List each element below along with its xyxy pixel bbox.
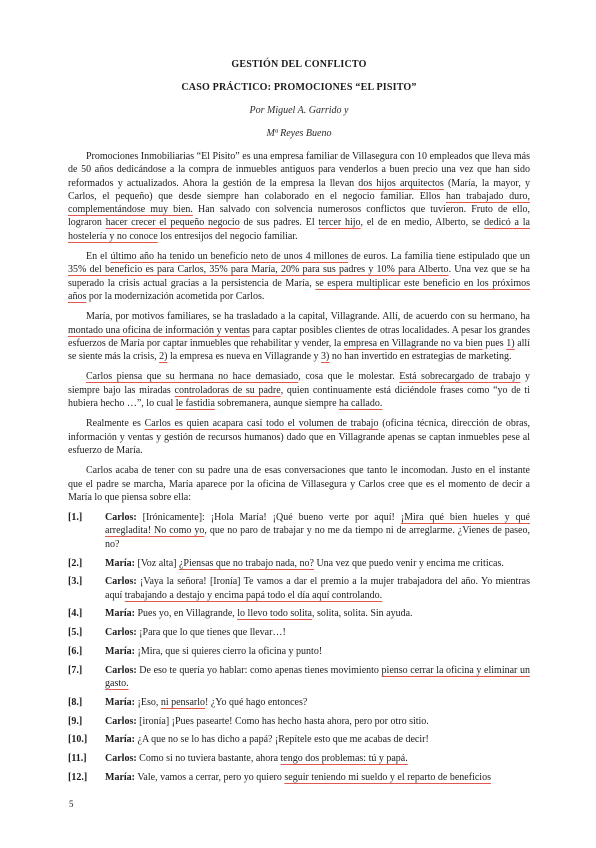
red-underlined-phrase: 35% del beneficio es para Carlos, 35% pa…: [68, 264, 449, 275]
text-run: pues: [483, 338, 507, 349]
document-title: GESTIÓN DEL CONFLICTO: [68, 58, 530, 71]
red-underlined-phrase: último año ha tenido un beneficio neto d…: [110, 251, 348, 262]
red-underlined-phrase: dos hijos arquitectos: [358, 178, 444, 189]
paragraph: Realmente es Carlos es quien acapara cas…: [68, 417, 530, 457]
red-underlined-phrase: ha callado.: [339, 398, 382, 409]
text-run: Realmente es: [86, 418, 145, 429]
red-underlined-phrase: ni pensarlo: [161, 697, 205, 708]
dialogue-speaker: María:: [105, 646, 135, 657]
red-underlined-phrase: tengo dos problemas: tú y papá.: [281, 753, 408, 764]
dialogue-number: [6.]: [68, 645, 82, 658]
byline-author-2: Mª Reyes Bueno: [68, 127, 530, 140]
red-underlined-phrase: lo llevo todo solita: [237, 608, 312, 619]
red-underlined-phrase: ¿Piensas que no trabajo nada, no?: [179, 558, 314, 569]
dialogue-number: [5.]: [68, 626, 82, 639]
dialogue-speaker: María:: [105, 558, 135, 569]
dialogue-item: [2.]María: [Voz alta] ¿Piensas que no tr…: [68, 557, 530, 570]
text-run: María, por motivos familiares, se ha tra…: [86, 311, 530, 322]
dialogue-item: [7.]Carlos: De eso te quería yo hablar: …: [68, 664, 530, 691]
dialogue-number: [10.]: [68, 733, 87, 746]
text-run: ! ¿Yo qué hago entonces?: [205, 697, 307, 708]
dialogue-number: [3.]: [68, 575, 82, 588]
byline-author-1: Por Miguel A. Garrido y: [68, 104, 530, 117]
dialogue-speaker: María:: [105, 697, 135, 708]
text-run: [Voz alta]: [135, 558, 179, 569]
paragraph-container: Promociones Inmobiliarias “El Pisito” es…: [68, 150, 530, 504]
text-run: sobremanera, aunque siempre: [215, 398, 339, 409]
dialogue-item: [9.]Carlos: [ironía] ¡Pues pasearte! Com…: [68, 715, 530, 728]
red-underlined-phrase: le fastidia: [176, 398, 215, 409]
paragraph: María, por motivos familiares, se ha tra…: [68, 310, 530, 363]
dialogue-speaker: Carlos:: [105, 512, 137, 523]
dialogue-number: [9.]: [68, 715, 82, 728]
red-underlined-phrase: hacer crecer el pequeño negocio: [106, 217, 240, 228]
red-underlined-phrase: seguir teniendo mi sueldo y el reparto d…: [284, 772, 491, 783]
text-run: Pues yo, en Villagrande,: [135, 608, 237, 619]
dialogue-item: [5.]Carlos: ¡Para que lo que tienes que …: [68, 626, 530, 639]
dialogue-item: [1.]Carlos: [Irónicamente]: ¡Hola María!…: [68, 511, 530, 551]
text-run: de euros. La familia tiene estipulado qu…: [348, 251, 530, 262]
text-run: por la modernización acometida por Carlo…: [86, 291, 264, 302]
paragraph: Carlos piensa que su hermana no hace dem…: [68, 370, 530, 410]
red-underlined-phrase: controladoras de su padre: [175, 385, 281, 396]
dialogue-item: [10.]María: ¿A que no se lo has dicho a …: [68, 733, 530, 746]
dialogue-speaker: Carlos:: [105, 753, 137, 764]
text-run: la empresa es nueva en Villagrande y: [167, 351, 321, 362]
dialogue-number: [7.]: [68, 664, 82, 677]
text-run: de sus padres. El: [240, 217, 319, 228]
dialogue-item: [11.]Carlos: Como si no tuviera bastante…: [68, 752, 530, 765]
text-run: ¡Mira, que si quieres cierro la oficina …: [135, 646, 322, 657]
text-run: , cosa que le molestar.: [298, 371, 399, 382]
dialogue-speaker: María:: [105, 772, 135, 783]
dialogue-number: [12.]: [68, 771, 87, 784]
text-run: [ironía] ¡Pues pasearte! Como has hecho …: [137, 716, 429, 727]
paragraph: Promociones Inmobiliarias “El Pisito” es…: [68, 150, 530, 243]
red-underlined-phrase: 1): [506, 338, 514, 349]
text-run: los entresijos del negocio familiar.: [158, 231, 298, 242]
dialogue-item: [4.]María: Pues yo, en Villagrande, lo l…: [68, 607, 530, 620]
red-underlined-phrase: empresa en Villagrande no va bien: [344, 338, 483, 349]
paragraph: Carlos acaba de tener con su padre una d…: [68, 464, 530, 504]
text-run: Carlos acaba de tener con su padre una d…: [68, 465, 530, 503]
text-run: Una vez que puedo venir y encima me crit…: [314, 558, 504, 569]
text-run: En el: [86, 251, 110, 262]
document-content: GESTIÓN DEL CONFLICTO CASO PRÁCTICO: PRO…: [0, 0, 596, 784]
red-underlined-phrase: Está sobrecargado de trabajo: [399, 371, 520, 382]
red-underlined-phrase: tercer hijo: [318, 217, 360, 228]
dialogue-item: [3.]Carlos: ¡Vaya la señora! [Ironía] Te…: [68, 575, 530, 602]
dialogue-speaker: María:: [105, 734, 135, 745]
text-run: [Irónicamente]: ¡Hola María! ¡Qué bueno …: [137, 512, 401, 523]
document-subtitle: CASO PRÁCTICO: PROMOCIONES “EL PISITO”: [68, 81, 530, 94]
red-underlined-phrase: trabajando a destajo y encima papá todo …: [125, 590, 382, 601]
text-run: ¡Para que lo que tienes que llevar…!: [137, 627, 286, 638]
dialogue-speaker: Carlos:: [105, 716, 137, 727]
dialogue-number: [4.]: [68, 607, 82, 620]
text-run: ¡Eso,: [135, 697, 161, 708]
dialogue-number: [2.]: [68, 557, 82, 570]
text-run: , el de en medio, Alberto, se: [361, 217, 485, 228]
dialogue-item: [12.]María: Vale, vamos a cerrar, pero y…: [68, 771, 530, 784]
text-run: De eso te quería yo hablar: como apenas …: [137, 665, 382, 676]
paragraph: En el último año ha tenido un beneficio …: [68, 250, 530, 303]
dialogue-speaker: Carlos:: [105, 665, 137, 676]
dialogue-speaker: María:: [105, 608, 135, 619]
text-run: Como si no tuviera bastante, ahora: [137, 753, 281, 764]
text-run: , solita, solita. Sin ayuda.: [312, 608, 413, 619]
text-run: Vale, vamos a cerrar, pero yo quiero: [135, 772, 284, 783]
dialogue-list: [1.]Carlos: [Irónicamente]: ¡Hola María!…: [68, 511, 530, 784]
red-underlined-phrase: Carlos piensa que su hermana no hace dem…: [86, 371, 298, 382]
dialogue-number: [1.]: [68, 511, 82, 524]
dialogue-item: [6.]María: ¡Mira, que si quieres cierro …: [68, 645, 530, 658]
red-underlined-phrase: montado una oficina de información y ven…: [68, 325, 250, 336]
document-page: GESTIÓN DEL CONFLICTO CASO PRÁCTICO: PRO…: [0, 0, 596, 848]
text-run: no han invertido en estrategias de marke…: [329, 351, 511, 362]
red-underlined-phrase: Carlos es quien acapara casi todo el vol…: [145, 418, 379, 429]
dialogue-number: [8.]: [68, 696, 82, 709]
dialogue-number: [11.]: [68, 752, 87, 765]
text-run: ¿A que no se lo has dicho a papá? ¡Repít…: [135, 734, 429, 745]
dialogue-item: [8.]María: ¡Eso, ni pensarlo! ¿Yo qué ha…: [68, 696, 530, 709]
page-number: 5: [69, 799, 74, 809]
dialogue-speaker: Carlos:: [105, 627, 137, 638]
dialogue-speaker: Carlos:: [105, 576, 137, 587]
